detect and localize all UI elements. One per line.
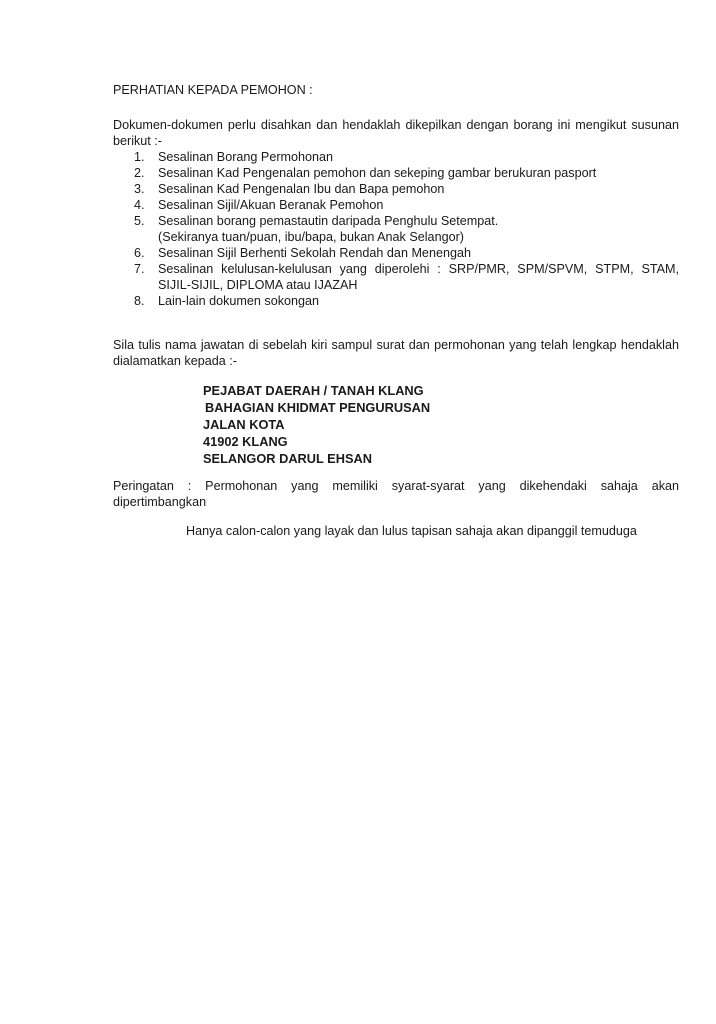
mailing-address: PEJABAT DAERAH / TANAH KLANG BAHAGIAN KH… bbox=[203, 382, 430, 467]
address-line: JALAN KOTA bbox=[203, 416, 430, 433]
list-item: 5.Sesalinan borang pemastautin daripada … bbox=[113, 213, 679, 245]
item-subtext: (Sekiranya tuan/puan, ibu/bapa, bukan An… bbox=[158, 229, 679, 245]
required-documents-list: 1.Sesalinan Borang Permohonan 2.Sesalina… bbox=[113, 149, 679, 309]
item-text: Sesalinan Kad Pengenalan Ibu dan Bapa pe… bbox=[158, 181, 679, 197]
document-heading: PERHATIAN KEPADA PEMOHON : bbox=[113, 82, 679, 98]
item-number: 3. bbox=[134, 181, 145, 197]
item-number: 1. bbox=[134, 149, 145, 165]
warning-paragraph: Peringatan : Permohonan yang memiliki sy… bbox=[113, 478, 679, 510]
interview-note: Hanya calon-calon yang layak dan lulus t… bbox=[186, 523, 637, 539]
document-page: PERHATIAN KEPADA PEMOHON : Dokumen-dokum… bbox=[0, 0, 716, 1024]
list-item: 2.Sesalinan Kad Pengenalan pemohon dan s… bbox=[113, 165, 679, 181]
item-number: 5. bbox=[134, 213, 145, 229]
list-item: 4.Sesalinan Sijil/Akuan Beranak Pemohon bbox=[113, 197, 679, 213]
address-line: SELANGOR DARUL EHSAN bbox=[203, 450, 430, 467]
list-item: 8.Lain-lain dokumen sokongan bbox=[113, 293, 679, 309]
item-number: 7. bbox=[134, 261, 145, 277]
address-line: 41902 KLANG bbox=[203, 433, 430, 450]
item-number: 6. bbox=[134, 245, 145, 261]
address-line: BAHAGIAN KHIDMAT PENGURUSAN bbox=[205, 399, 430, 416]
item-text: Sesalinan borang pemastautin daripada Pe… bbox=[158, 213, 679, 229]
item-number: 4. bbox=[134, 197, 145, 213]
list-item: 7.Sesalinan kelulusan-kelulusan yang dip… bbox=[113, 261, 679, 293]
list-item: 6.Sesalinan Sijil Berhenti Sekolah Renda… bbox=[113, 245, 679, 261]
item-number: 8. bbox=[134, 293, 145, 309]
item-text: Sesalinan Kad Pengenalan pemohon dan sek… bbox=[158, 165, 679, 181]
address-intro-paragraph: Sila tulis nama jawatan di sebelah kiri … bbox=[113, 337, 679, 369]
item-number: 2. bbox=[134, 165, 145, 181]
item-text: Sesalinan Sijil Berhenti Sekolah Rendah … bbox=[158, 245, 679, 261]
item-text: Lain-lain dokumen sokongan bbox=[158, 293, 679, 309]
list-item: 1.Sesalinan Borang Permohonan bbox=[113, 149, 679, 165]
intro-paragraph: Dokumen-dokumen perlu disahkan dan henda… bbox=[113, 117, 679, 149]
list-item: 3.Sesalinan Kad Pengenalan Ibu dan Bapa … bbox=[113, 181, 679, 197]
item-text: Sesalinan Borang Permohonan bbox=[158, 149, 679, 165]
item-text: Sesalinan kelulusan-kelulusan yang diper… bbox=[158, 261, 679, 293]
address-line: PEJABAT DAERAH / TANAH KLANG bbox=[203, 382, 430, 399]
item-text: Sesalinan Sijil/Akuan Beranak Pemohon bbox=[158, 197, 679, 213]
